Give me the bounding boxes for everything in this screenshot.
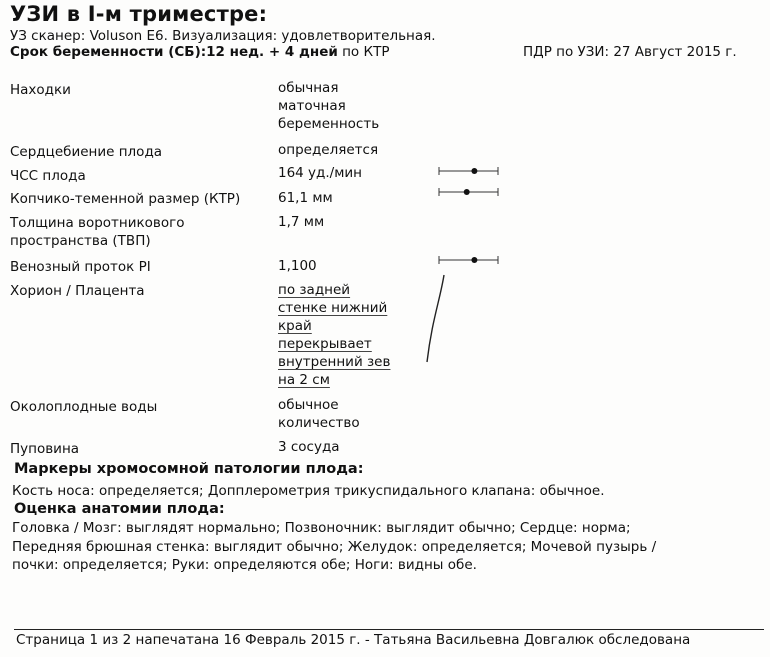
label-placenta: Хорион / Плацента [10, 282, 145, 300]
scanner-line: УЗ сканер: Voluson E6. Визуализация: удо… [10, 28, 436, 44]
anatomy-heading: Оценка анатомии плода: [14, 501, 225, 517]
anatomy-line-1: Головка / Мозг: выглядят нормально; Позв… [12, 520, 631, 536]
label-heartbeat: Сердцебиение плода [10, 143, 162, 161]
due-date: ПДР по УЗИ: 27 Август 2015 г. [523, 44, 737, 60]
report-title: УЗИ в I-м триместре: [10, 2, 267, 26]
markers-text: Кость носа: определяется; Допплерометрия… [12, 483, 605, 499]
label-amniotic-fluid: Околоплодные воды [10, 398, 157, 416]
gestational-age-method: по КТР [342, 44, 389, 60]
label-crl: Копчико-теменной размер (КТР) [10, 190, 240, 208]
label-ductus-venosus: Венозный проток PI [10, 258, 151, 276]
value-fhr: 164 уд./мин [278, 164, 362, 182]
value-amniotic-fluid: обычноеколичество [278, 396, 360, 432]
label-fhr: ЧСС плода [10, 167, 86, 185]
markers-heading: Маркеры хромосомной патологии плода: [14, 461, 364, 477]
label-umbilical-cord: Пуповина [10, 440, 79, 458]
value-crl: 61,1 мм [278, 189, 333, 207]
handwritten-mark [427, 275, 444, 362]
footer-text: Страница 1 из 2 напечатана 16 Февраль 20… [16, 632, 690, 648]
value-placenta: по заднейстенке нижнийкрай перекрываетвн… [278, 281, 390, 389]
label-nt: Толщина воротниковогопространства (ТВП) [10, 214, 185, 250]
value-umbilical-cord: 3 сосуда [278, 438, 340, 456]
value-heartbeat: определяется [278, 141, 378, 159]
value-nt: 1,7 мм [278, 213, 324, 231]
footer-divider [14, 629, 764, 630]
value-findings: обычнаяматочнаябеременность [278, 79, 379, 133]
gestational-age-value: Срок беременности (СБ):12 нед. + 4 дней [10, 44, 338, 60]
anatomy-line-3: почки: определяется; Руки: определяются … [12, 557, 477, 573]
gestational-age: Срок беременности (СБ):12 нед. + 4 дней … [10, 44, 389, 60]
anatomy-line-2: Передняя брюшная стенка: выглядит обычно… [12, 539, 656, 555]
label-findings: Находки [10, 81, 71, 99]
value-ductus-venosus: 1,100 [278, 257, 317, 275]
